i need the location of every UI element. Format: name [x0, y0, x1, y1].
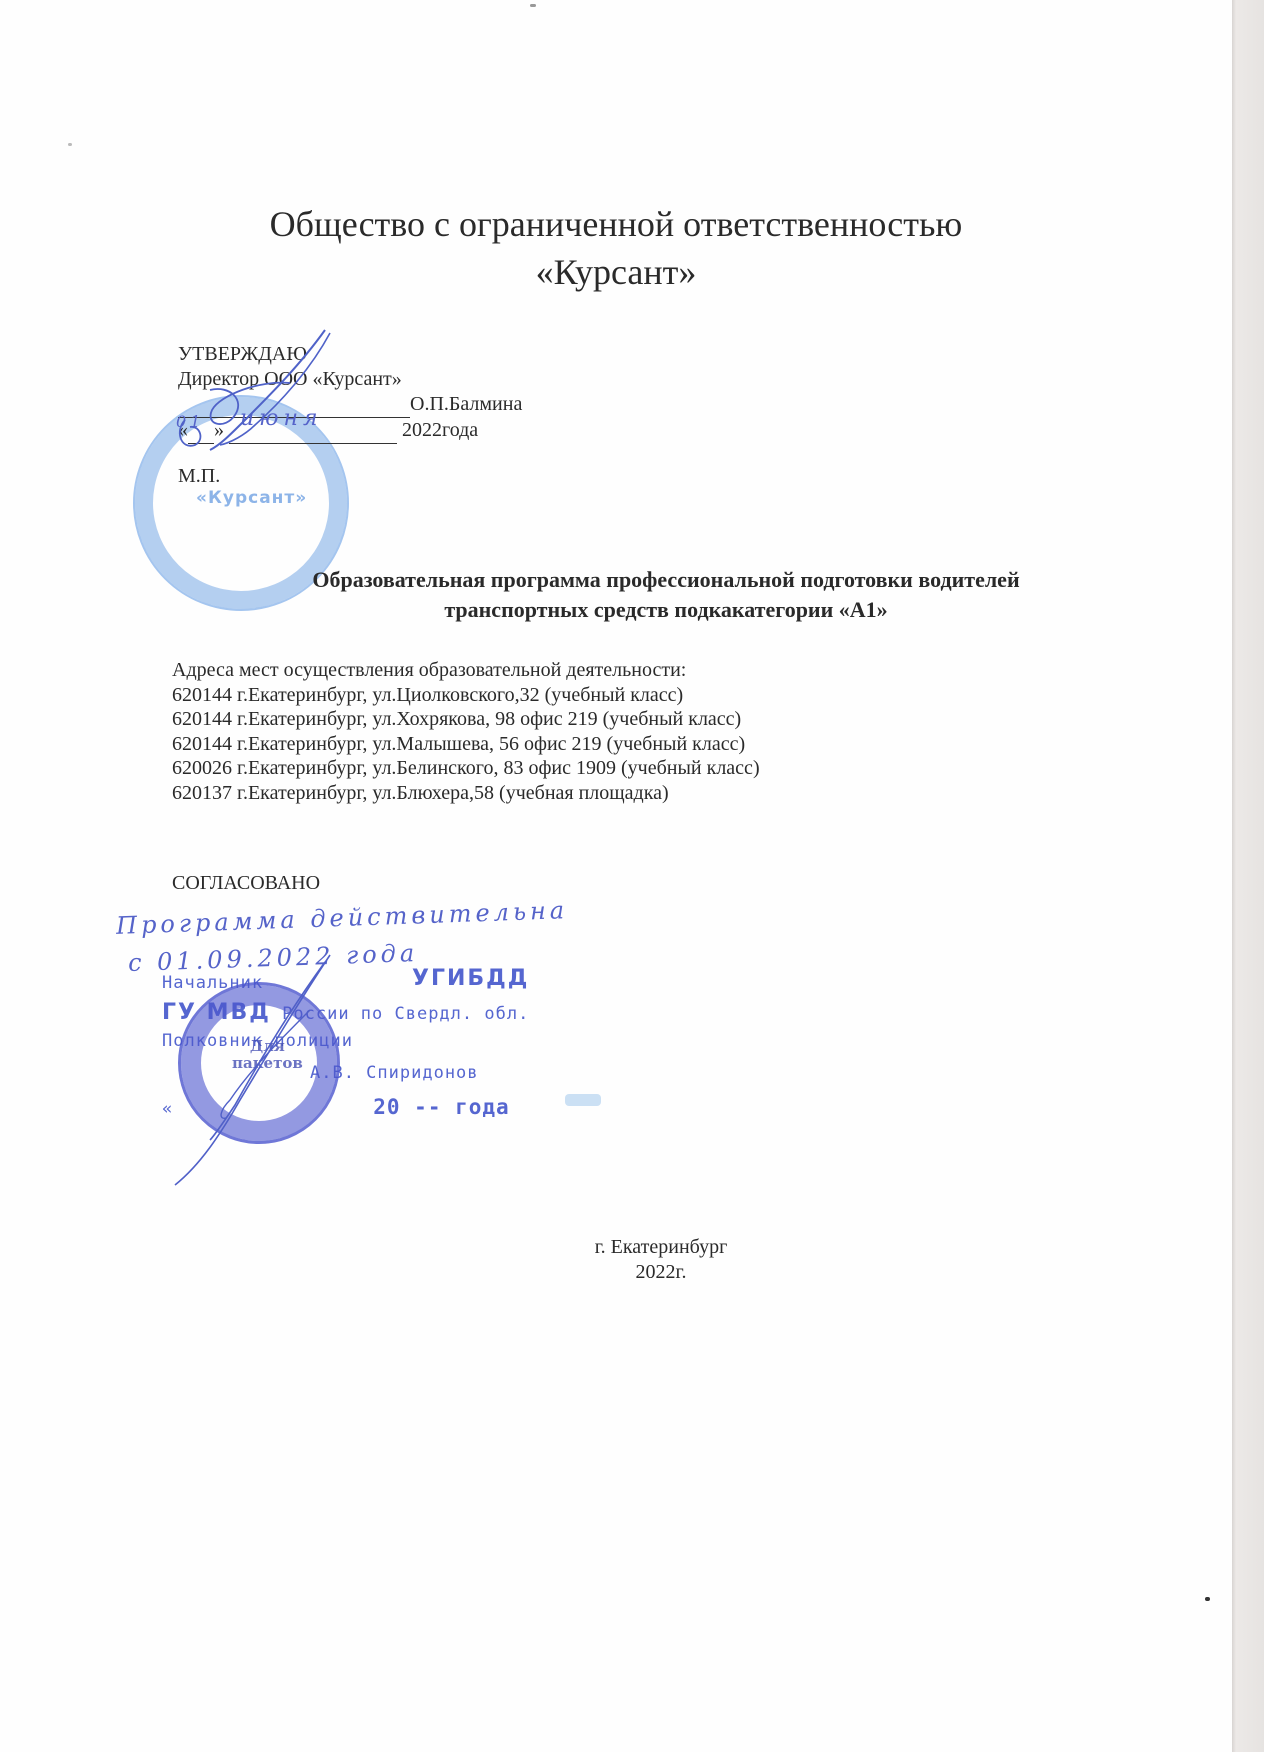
footer-city: г. Екатеринбург: [90, 1235, 1232, 1260]
police-stamp-department-region: России по Свердл. обл.: [271, 1004, 529, 1024]
police-seal-text-line1: Для: [232, 1038, 303, 1055]
footer-city-year: г. Екатеринбург 2022г.: [0, 1235, 1232, 1285]
scan-speck: [68, 143, 72, 146]
police-seal-text-line2: пакетов: [232, 1055, 303, 1072]
approval-position: Директор ООО «Курсант»: [178, 367, 522, 392]
scanned-page: Общество с ограниченной ответственностью…: [0, 0, 1232, 1752]
police-stamp-date-quote: «: [162, 1099, 173, 1119]
handwritten-validity-line2: с 01.09.2022 года: [128, 939, 419, 977]
addresses-block: Адреса мест осуществления образовательно…: [172, 658, 760, 805]
org-title-line2: «Курсант»: [0, 248, 1232, 296]
scan-speck: [1205, 1597, 1210, 1601]
date-close-quote: »: [214, 419, 224, 441]
kursant-seal-text: «Курсант»: [196, 488, 307, 508]
program-title-line1: Образовательная программа профессиональн…: [100, 565, 1232, 595]
footer-year: 2022г.: [90, 1260, 1232, 1285]
handwritten-day: 01: [176, 412, 204, 431]
police-stamp-title-left: Начальник: [162, 973, 263, 993]
approval-block: УТВЕРЖДАЮ Директор ООО «Курсант» О.П.Бал…: [178, 342, 522, 489]
program-title-line2: транспортных средств подкакатегории «А1»: [100, 595, 1232, 625]
address-item: 620144 г.Екатеринбург, ул.Хохрякова, 98 …: [172, 707, 760, 732]
org-title-line1: Общество с ограниченной ответственностью: [0, 200, 1232, 248]
agreement-heading: СОГЛАСОВАНО: [172, 872, 320, 895]
police-stamp-name: А.В. Спиридонов: [310, 1063, 479, 1083]
program-title: Образовательная программа профессиональн…: [0, 565, 1232, 625]
approval-date-year: 2022года: [402, 419, 478, 441]
police-stamp-date-year: 20 -- года: [373, 1095, 509, 1119]
approval-signature-line: О.П.Балмина: [178, 392, 522, 418]
police-stamp-title-right: УГИБДД: [412, 966, 529, 991]
stamp-place-label: М.П.: [178, 464, 522, 489]
address-item: 620144 г.Екатеринбург, ул.Циолковского,3…: [172, 683, 760, 708]
handwritten-validity-line1: Программа действительна: [116, 896, 569, 940]
police-stamp-department: ГУ МВД России по Свердл. обл.: [162, 1000, 529, 1025]
approval-heading: УТВЕРЖДАЮ: [178, 342, 522, 367]
stamp-smudge: [565, 1094, 601, 1106]
police-seal-text: Для пакетов: [232, 1038, 303, 1072]
address-item: 620137 г.Екатеринбург, ул.Блюхера,58 (уч…: [172, 781, 760, 806]
organization-title: Общество с ограниченной ответственностью…: [0, 200, 1232, 296]
address-item: 620026 г.Екатеринбург, ул.Белинского, 83…: [172, 756, 760, 781]
handwritten-month: июня: [240, 406, 323, 431]
address-item: 620144 г.Екатеринбург, ул.Малышева, 56 о…: [172, 732, 760, 757]
addresses-heading: Адреса мест осуществления образовательно…: [172, 658, 760, 683]
approval-signatory: О.П.Балмина: [410, 393, 522, 415]
scan-speck: [530, 4, 536, 7]
approval-date-line: « » 2022года: [178, 418, 522, 444]
police-stamp-date: «20 -- года: [162, 1095, 510, 1119]
police-stamp-department-abbr: ГУ МВД: [162, 1000, 271, 1025]
scanner-edge-strip: [1232, 0, 1264, 1752]
